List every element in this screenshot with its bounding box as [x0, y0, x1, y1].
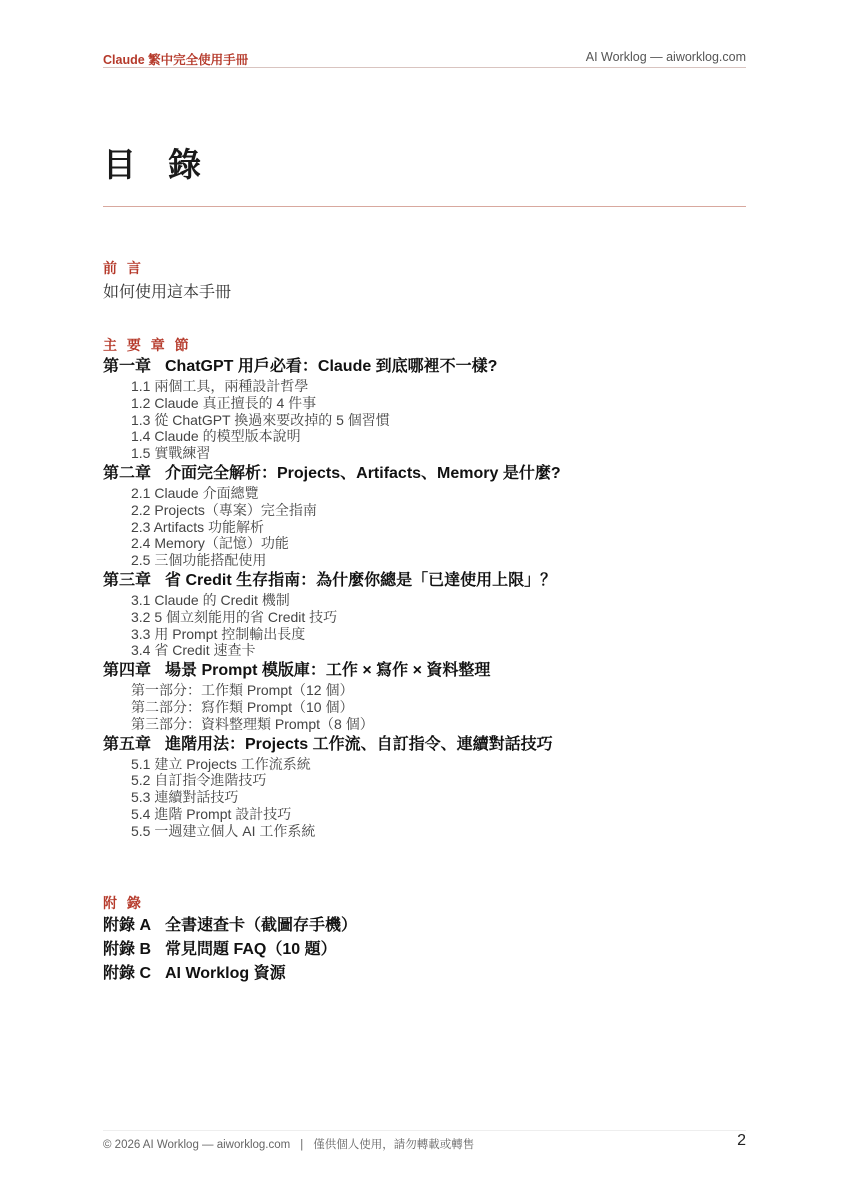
toc-section[interactable]: 3.1 Claude 的 Credit 機制 [103, 592, 753, 609]
site-name: AI Worklog — aiworklog.com [586, 50, 746, 64]
appendix-title: AI Worklog 資源 [165, 965, 286, 982]
toc-section[interactable]: 2.3 Artifacts 功能解析 [103, 519, 753, 536]
chapter-block: 第二章介面完全解析：Projects、Artifacts、Memory 是什麼?… [103, 463, 753, 569]
toc-chapter[interactable]: 第三章省 Credit 生存指南：為什麼你總是「已達使用上限」？ [103, 570, 753, 592]
chapter-block: 第五章進階用法：Projects 工作流、自訂指令、連續對話技巧 5.1 建立 … [103, 734, 753, 840]
chapter-title: 場景 Prompt 模版庫：工作 × 寫作 × 資料整理 [165, 662, 490, 679]
appendix-number: 附錄 C [103, 962, 165, 986]
toc-section[interactable]: 2.5 三個功能搭配使用 [103, 552, 753, 569]
toc-section[interactable]: 5.2 自訂指令進階技巧 [103, 772, 753, 789]
chapter-block: 第四章場景 Prompt 模版庫：工作 × 寫作 × 資料整理 第一部分：工作類… [103, 660, 753, 732]
toc-section[interactable]: 第三部分：資料整理類 Prompt（8 個） [103, 716, 753, 733]
page-header: Claude 繁中完全使用手冊 AI Worklog — aiworklog.c… [103, 49, 746, 68]
chapter-block: 第一章ChatGPT 用戶必看：Claude 到底哪裡不一樣? 1.1 兩個工具… [103, 356, 753, 462]
chapter-title: 省 Credit 生存指南：為什麼你總是「已達使用上限」？ [165, 572, 556, 589]
toc-section[interactable]: 第二部分：寫作類 Prompt（10 個） [103, 699, 753, 716]
page-title: 目錄 [103, 139, 201, 186]
chapter-number: 第三章 [103, 570, 165, 592]
page-title-char-2: 錄 [168, 146, 201, 183]
toc-section[interactable]: 5.1 建立 Projects 工作流系統 [103, 756, 753, 773]
toc-section[interactable]: 1.3 從 ChatGPT 換過來要改掉的 5 個習慣 [103, 412, 753, 429]
toc-section[interactable]: 1.4 Claude 的模型版本說明 [103, 428, 753, 445]
toc-section[interactable]: 2.1 Claude 介面總覽 [103, 485, 753, 502]
toc-section[interactable]: 1.2 Claude 真正擅長的 4 件事 [103, 395, 753, 412]
appendix-title: 全書速查卡（截圖存手機） [165, 917, 357, 934]
toc-chapter[interactable]: 第二章介面完全解析：Projects、Artifacts、Memory 是什麼? [103, 463, 753, 485]
appendix-number: 附錄 A [103, 914, 165, 938]
toc-preface-item[interactable]: 如何使用這本手冊 [103, 279, 231, 302]
chapter-number: 第二章 [103, 463, 165, 485]
page-title-char-1: 目 [103, 146, 136, 183]
main-chapters-label: 主 要 章 節 [103, 335, 192, 355]
page-number: 2 [737, 1132, 746, 1150]
usage-notice: 僅供個人使用，請勿轉載或轉售 [313, 1139, 474, 1151]
toc-section[interactable]: 2.2 Projects（專案）完全指南 [103, 502, 753, 519]
toc-chapters: 第一章ChatGPT 用戶必看：Claude 到底哪裡不一樣? 1.1 兩個工具… [103, 356, 753, 841]
toc-section[interactable]: 5.5 一週建立個人 AI 工作系統 [103, 823, 753, 840]
toc-appendix-item[interactable]: 附錄 A全書速查卡（截圖存手機） [103, 914, 357, 938]
title-divider [103, 206, 746, 207]
toc-section[interactable]: 5.4 進階 Prompt 設計技巧 [103, 806, 753, 823]
chapter-title: 進階用法：Projects 工作流、自訂指令、連續對話技巧 [165, 736, 553, 753]
toc-chapter[interactable]: 第四章場景 Prompt 模版庫：工作 × 寫作 × 資料整理 [103, 660, 753, 682]
toc-section[interactable]: 3.3 用 Prompt 控制輸出長度 [103, 626, 753, 643]
preface-label: 前 言 [103, 258, 144, 278]
toc-appendix-item[interactable]: 附錄 B常見問題 FAQ（10 題） [103, 938, 357, 962]
toc-section[interactable]: 第一部分：工作類 Prompt（12 個） [103, 682, 753, 699]
copyright: © 2026 AI Worklog — aiworklog.com [103, 1139, 290, 1151]
chapter-title: ChatGPT 用戶必看：Claude 到底哪裡不一樣? [165, 358, 497, 375]
appendix-label: 附 錄 [103, 893, 144, 913]
chapter-title: 介面完全解析：Projects、Artifacts、Memory 是什麼? [165, 465, 561, 482]
chapter-number: 第五章 [103, 734, 165, 756]
chapter-number: 第四章 [103, 660, 165, 682]
toc-section[interactable]: 3.4 省 Credit 速查卡 [103, 642, 753, 659]
toc-appendix-item[interactable]: 附錄 CAI Worklog 資源 [103, 962, 357, 986]
book-title: Claude 繁中完全使用手冊 [103, 50, 248, 68]
chapter-number: 第一章 [103, 356, 165, 378]
toc-chapter[interactable]: 第一章ChatGPT 用戶必看：Claude 到底哪裡不一樣? [103, 356, 753, 378]
chapter-block: 第三章省 Credit 生存指南：為什麼你總是「已達使用上限」？ 3.1 Cla… [103, 570, 753, 659]
page-footer: © 2026 AI Worklog — aiworklog.com|僅供個人使用… [103, 1130, 746, 1153]
toc-appendix: 附錄 A全書速查卡（截圖存手機） 附錄 B常見問題 FAQ（10 題） 附錄 C… [103, 914, 357, 986]
toc-section[interactable]: 1.1 兩個工具，兩種設計哲學 [103, 378, 753, 395]
toc-section[interactable]: 1.5 實戰練習 [103, 445, 753, 462]
toc-chapter[interactable]: 第五章進階用法：Projects 工作流、自訂指令、連續對話技巧 [103, 734, 753, 756]
toc-section[interactable]: 2.4 Memory（記憶）功能 [103, 535, 753, 552]
footer-text: © 2026 AI Worklog — aiworklog.com|僅供個人使用… [103, 1136, 474, 1152]
footer-separator: | [300, 1139, 303, 1151]
appendix-number: 附錄 B [103, 938, 165, 962]
appendix-title: 常見問題 FAQ（10 題） [165, 941, 337, 958]
toc-section[interactable]: 5.3 連續對話技巧 [103, 789, 753, 806]
toc-section[interactable]: 3.2 5 個立刻能用的省 Credit 技巧 [103, 609, 753, 626]
